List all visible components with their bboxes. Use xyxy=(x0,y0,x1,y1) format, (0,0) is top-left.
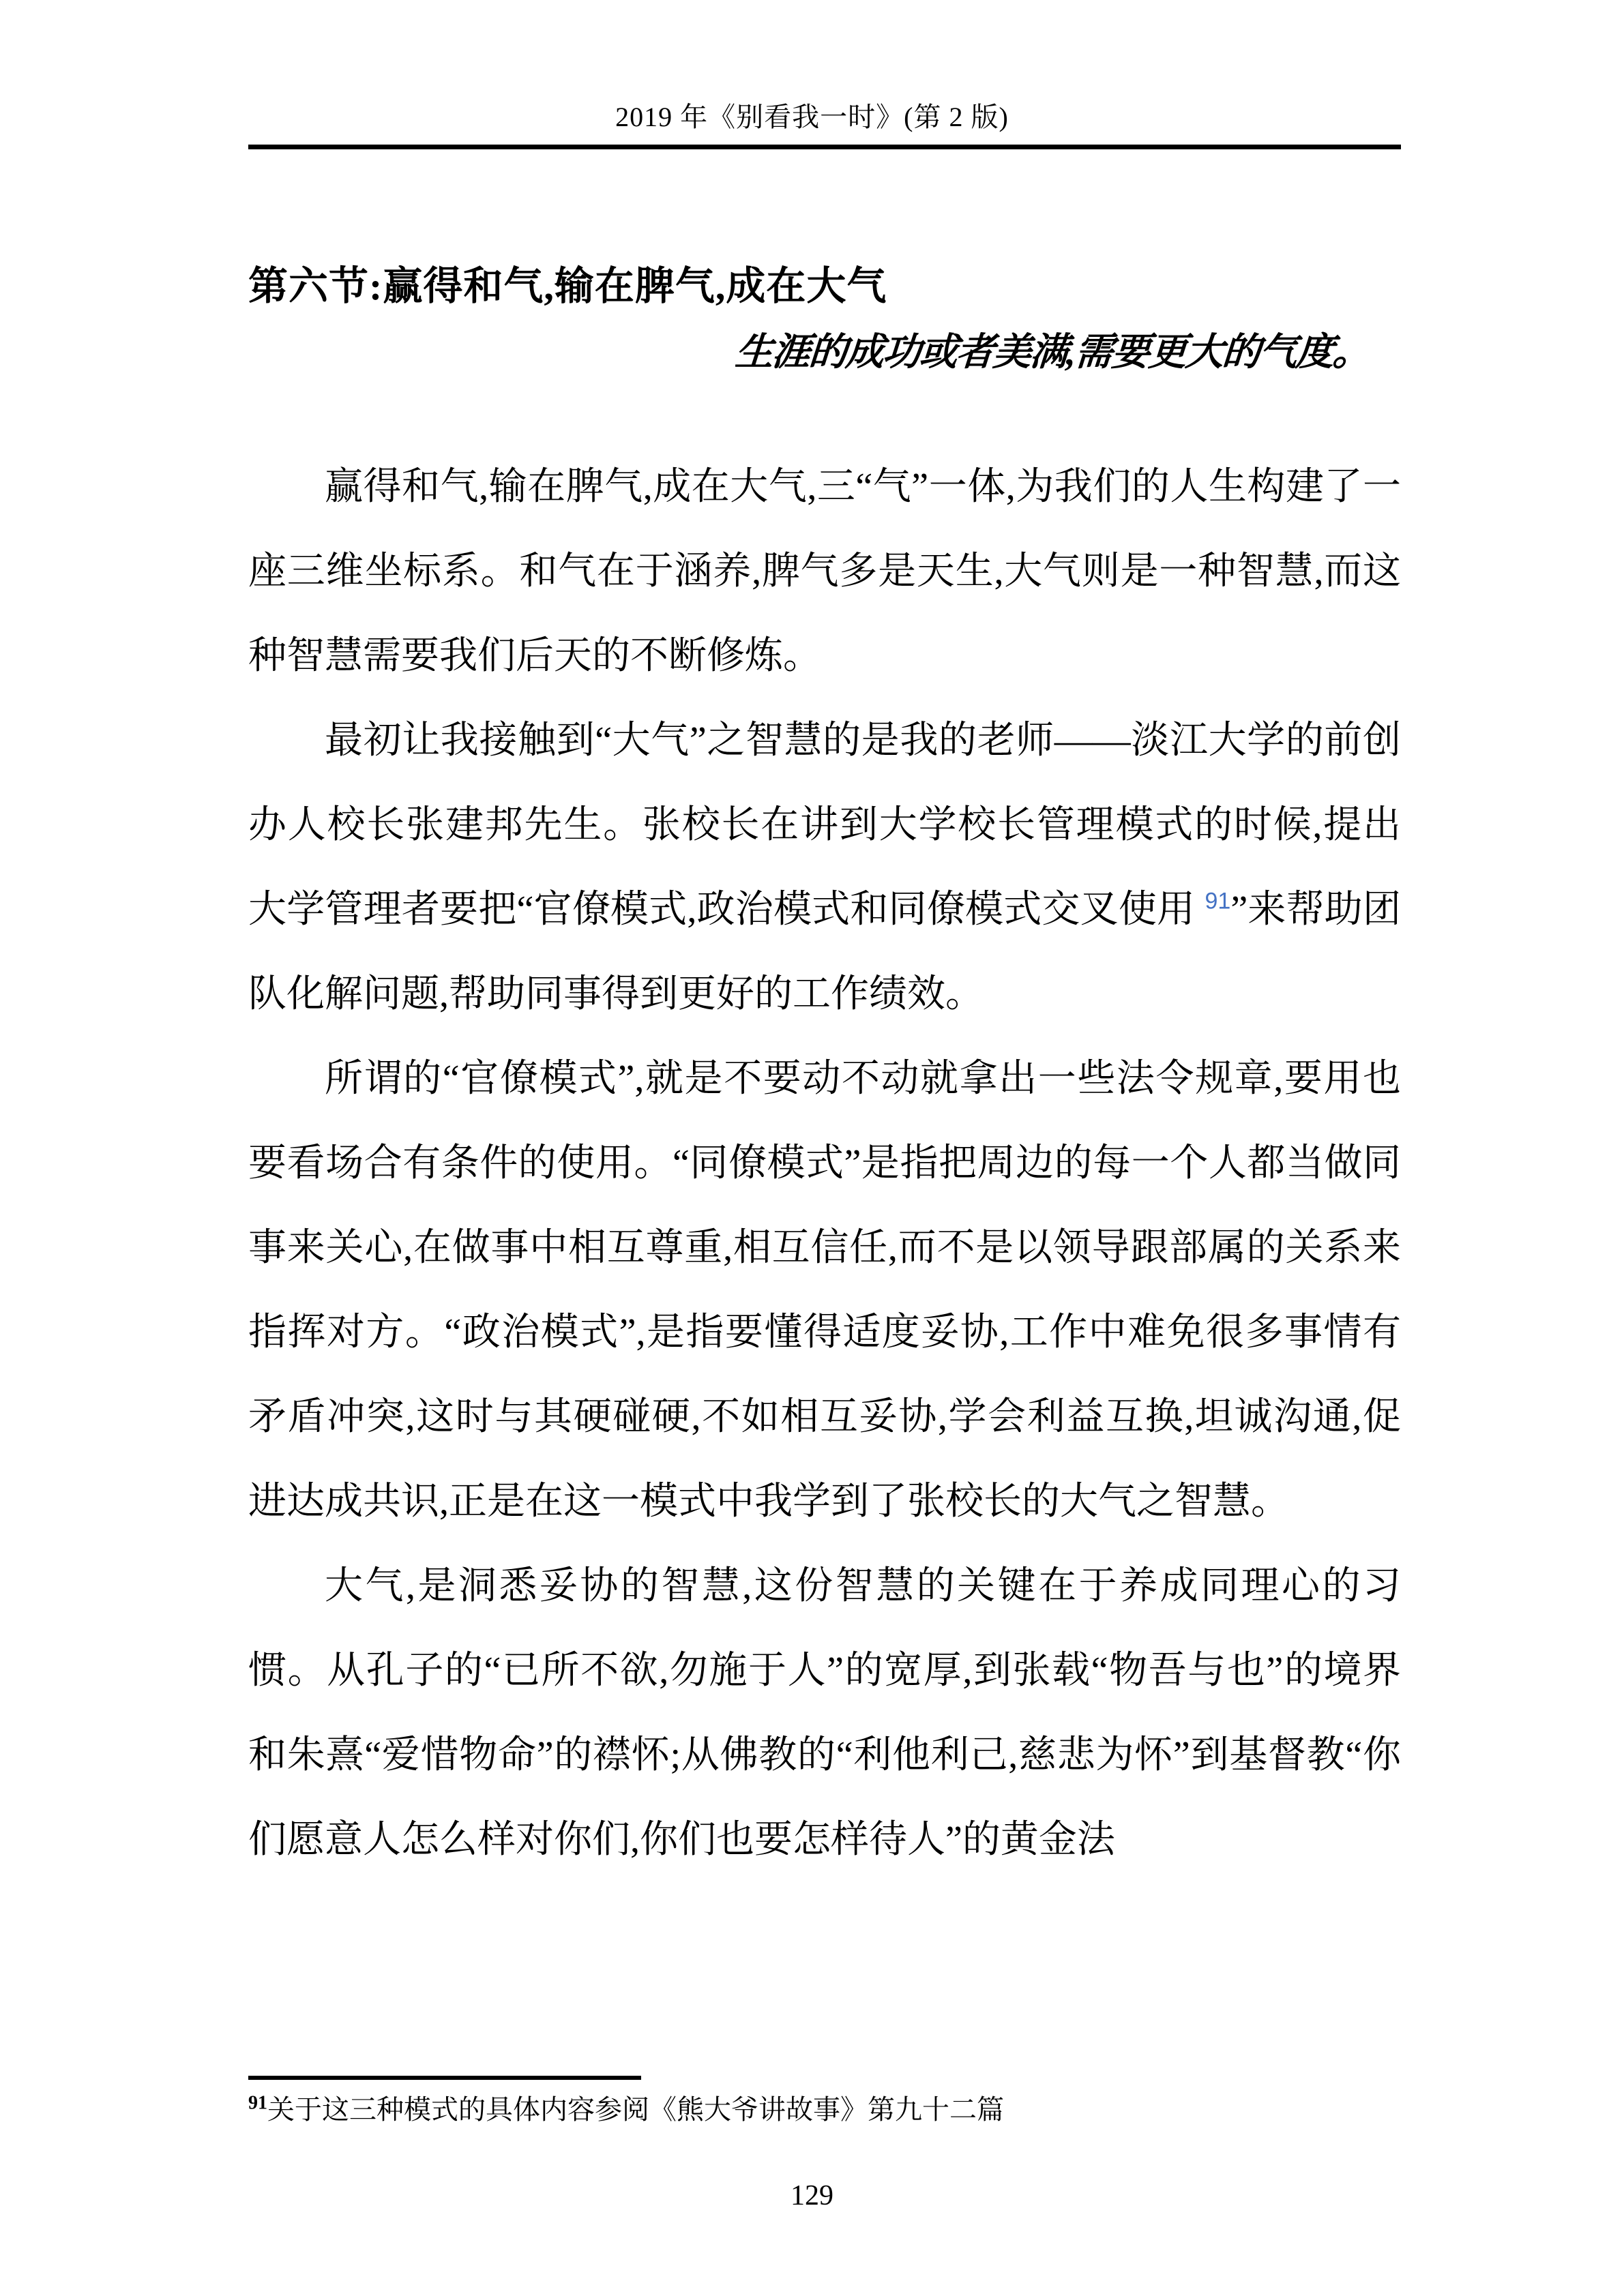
page-header: 2019 年《别看我一时》(第 2 版) xyxy=(0,0,1624,149)
paragraph-1: 赢得和气,输在脾气,成在大气,三“气”一体,为我们的人生构建了一座三维坐标系。和… xyxy=(248,445,1401,698)
document-page: 2019 年《别看我一时》(第 2 版) 第六节:赢得和气,输在脾气,成在大气 … xyxy=(0,0,1624,2296)
page-number: 129 xyxy=(0,2179,1624,2212)
header-rule xyxy=(248,145,1401,149)
footnote-marker-91: 91 xyxy=(248,2093,267,2114)
paragraph-3: 所谓的“官僚模式”,就是不要动不动就拿出一些法令规章,要用也要看场合有条件的使用… xyxy=(248,1037,1401,1544)
section-title: 第六节:赢得和气,输在脾气,成在大气 xyxy=(248,262,1401,311)
footnote-reference-91[interactable]: 91 xyxy=(1205,888,1230,914)
footnote-text: 关于这三种模式的具体内容参阅《熊大爷讲故事》第九十二篇 xyxy=(267,2094,1004,2125)
paragraph-2: 最初让我接触到“大气”之智慧的是我的老师——淡江大学的前创办人校长张建邦先生。张… xyxy=(248,698,1401,1037)
paragraph-4: 大气,是洞悉妥协的智慧,这份智慧的关键在于养成同理心的习惯。从孔子的“已所不欲,… xyxy=(248,1544,1401,1882)
body-text: 赢得和气,输在脾气,成在大气,三“气”一体,为我们的人生构建了一座三维坐标系。和… xyxy=(248,445,1401,1882)
section-subtitle: 生涯的成功或者美满,需要更大的气度。 xyxy=(247,329,1403,376)
footnote-separator-rule xyxy=(248,2076,641,2080)
page-content: 第六节:赢得和气,输在脾气,成在大气 生涯的成功或者美满,需要更大的气度。 赢得… xyxy=(0,262,1624,1882)
running-header-title: 2019 年《别看我一时》(第 2 版) xyxy=(0,101,1624,134)
footnote: 91关于这三种模式的具体内容参阅《熊大爷讲故事》第九十二篇 xyxy=(248,2091,1401,2129)
